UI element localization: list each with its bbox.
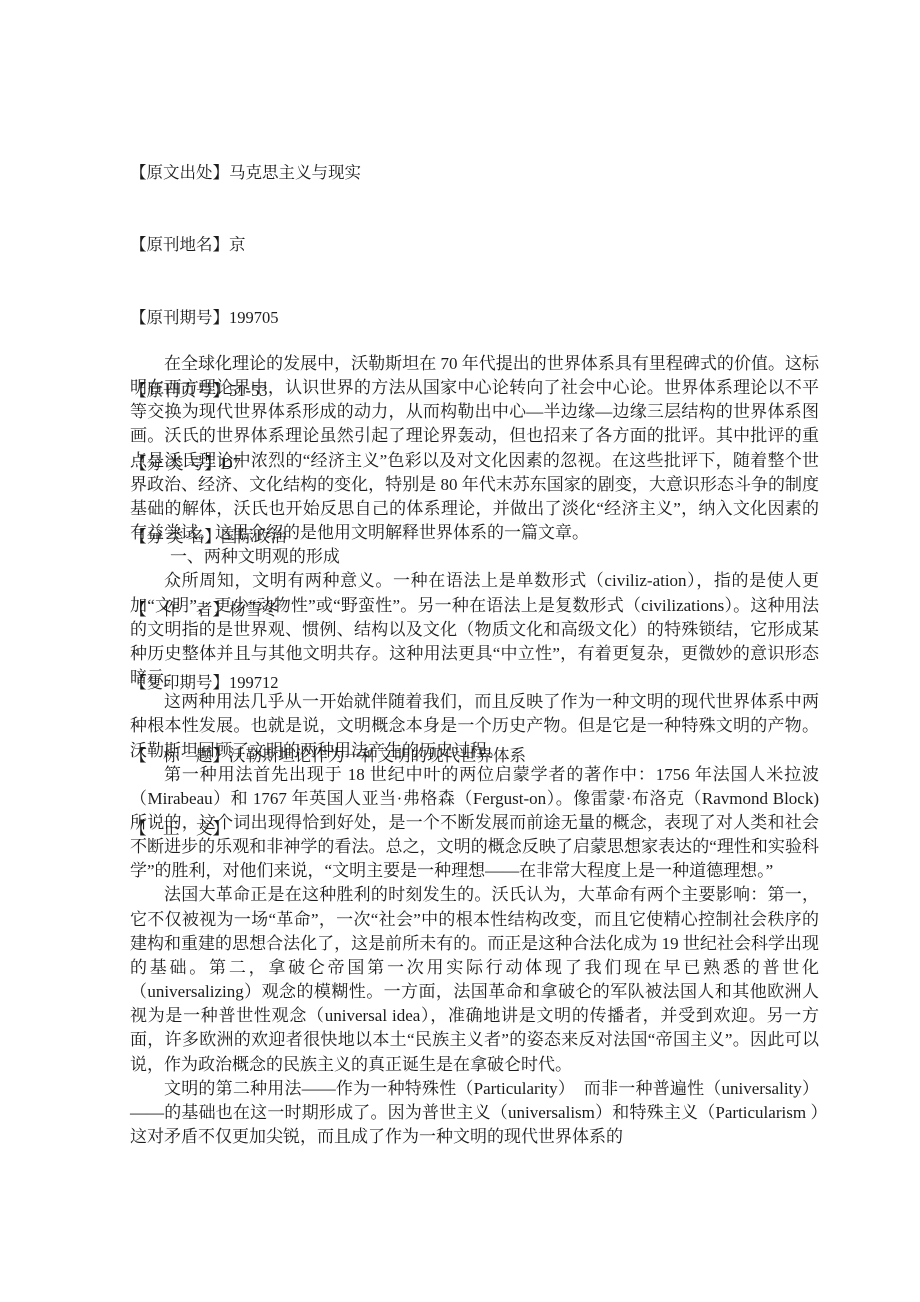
section-heading: 一、两种文明观的形成 (130, 545, 819, 569)
meta-field-value: 199705 (229, 308, 279, 327)
paragraph: 第一种用法首先出现于 18 世纪中叶的两位启蒙学者的著作中：1756 年法国人米… (130, 763, 819, 884)
paragraph: 这两种用法几乎从一开始就伴随着我们，而且反映了作为一种文明的现代世界体系中两种根… (130, 690, 819, 762)
meta-field-value: 京 (229, 235, 246, 254)
meta-field-label: 【原刊地名】 (130, 235, 229, 254)
paragraph: 众所周知，文明有两种意义。一种在语法上是单数形式（civiliz-ation），… (130, 569, 819, 690)
paragraph: 法国大革命正是在这种胜利的时刻发生的。沃氏认为，大革命有两个主要影响：第一，它不… (130, 883, 819, 1076)
article-body: 在全球化理论的发展中，沃勒斯坦在 70 年代提出的世界体系具有里程碑式的价值。这… (130, 352, 819, 1149)
meta-field-value: 马克思主义与现实 (229, 163, 361, 182)
document-page: 【原文出处】马克思主义与现实 【原刊地名】京 【原刊期号】199705 【原刊页… (0, 0, 920, 1302)
paragraph: 文明的第二种用法——作为一种特殊性（Particularity） 而非一种普遍性… (130, 1077, 819, 1149)
paragraph: 在全球化理论的发展中，沃勒斯坦在 70 年代提出的世界体系具有里程碑式的价值。这… (130, 352, 819, 545)
meta-field-source: 【原文出处】马克思主义与现实 (130, 161, 822, 185)
meta-field-label: 【原文出处】 (130, 163, 229, 182)
meta-field-place: 【原刊地名】京 (130, 233, 822, 257)
meta-field-label: 【原刊期号】 (130, 308, 229, 327)
meta-field-issue: 【原刊期号】199705 (130, 306, 822, 330)
